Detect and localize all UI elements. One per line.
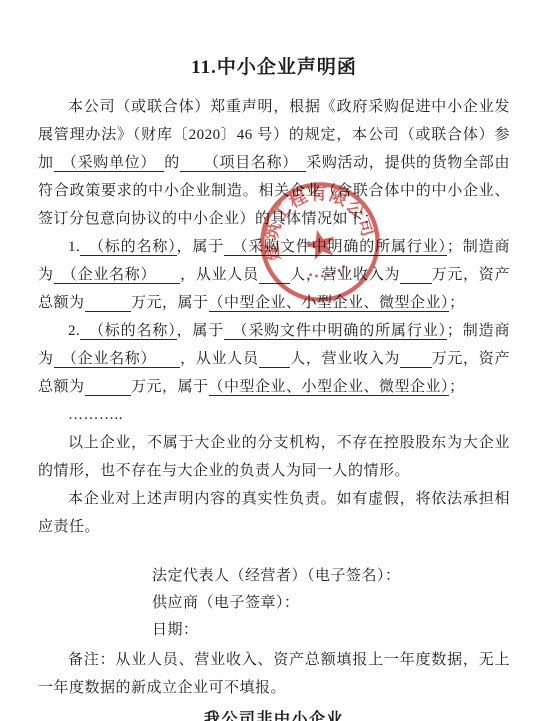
text-run: ； bbox=[449, 295, 465, 311]
paragraph-ellipsis: ……….. bbox=[38, 401, 510, 429]
paragraph-item-1: 1. （标的名称），属于 （采购文件中明确的所属行业）；制造商为 （企业名称） … bbox=[38, 233, 510, 317]
declaration-document-page: 11.中小企业声明函 本公司（或联合体）郑重声明，根据《政府采购促进中小企业发展… bbox=[0, 0, 547, 721]
fill-in-blank: （采购文件中明确的所属行业） bbox=[224, 323, 447, 340]
fill-in-blank bbox=[85, 295, 132, 312]
fill-in-blank bbox=[400, 267, 431, 284]
paragraph-note: 备注：从业人员、营业收入、资产总额填报上一年度数据，无上一年度数据的新成立企业可… bbox=[38, 646, 510, 702]
text-run: 万元，属于 bbox=[131, 295, 209, 311]
document-body: 本公司（或联合体）郑重声明，根据《政府采购促进中小企业发展管理办法》（财库〔20… bbox=[38, 93, 510, 541]
text-run: ，从业人员 bbox=[180, 267, 259, 283]
text-run: 的 bbox=[164, 155, 180, 171]
text-run: ，属于 bbox=[177, 239, 225, 255]
text-run: 以上企业，不属于大企业的分支机构，不存在控股股东为大企业的情形，也不存在与大企业… bbox=[38, 435, 510, 479]
text-run: 人，营业收入为 bbox=[290, 351, 400, 367]
signature-line-supplier: 供应商（电子签章）： bbox=[152, 590, 510, 617]
fill-in-blank: （企业名称） bbox=[54, 267, 180, 284]
fill-in-blank bbox=[259, 267, 290, 284]
fill-in-blank: （中型企业、小型企业、微型企业） bbox=[209, 295, 450, 312]
fill-in-blank bbox=[400, 351, 431, 368]
paragraph-item-2: 2. （标的名称），属于 （采购文件中明确的所属行业）；制造商为 （企业名称） … bbox=[38, 317, 510, 401]
fill-in-blank bbox=[85, 379, 132, 396]
signature-line-date: 日期： bbox=[152, 617, 510, 644]
paragraph-no-branch: 以上企业，不属于大企业的分支机构，不存在控股股东为大企业的情形，也不存在与大企业… bbox=[38, 429, 510, 485]
fill-in-blank: （企业名称） bbox=[54, 351, 180, 368]
text-run: ……….. bbox=[68, 407, 123, 423]
text-run: ，从业人员 bbox=[180, 351, 259, 367]
paragraph-intro: 本公司（或联合体）郑重声明，根据《政府采购促进中小企业发展管理办法》（财库〔20… bbox=[38, 93, 510, 233]
footer-statement: 我公司非中小企业 bbox=[38, 706, 510, 721]
fill-in-blank: （采购单位） bbox=[54, 155, 165, 172]
paragraph-responsibility: 本企业对上述声明内容的真实性负责。如有虚假，将依法承担相应责任。 bbox=[38, 485, 510, 541]
text-run: ； bbox=[449, 379, 465, 395]
text-run: 本企业对上述声明内容的真实性负责。如有虚假，将依法承担相应责任。 bbox=[38, 491, 510, 535]
signature-line-legal-representative: 法定代表人（经营者）（电子签名）： bbox=[152, 563, 510, 590]
fill-in-blank: （中型企业、小型企业、微型企业） bbox=[209, 379, 450, 396]
text-run: 2. bbox=[68, 323, 80, 339]
text-run: ，属于 bbox=[177, 323, 225, 339]
text-run: 人，营业收入为 bbox=[290, 267, 400, 283]
text-run: 1. bbox=[68, 239, 80, 255]
text-run: 备注：从业人员、营业收入、资产总额填报上一年度数据，无上一年度数据的新成立企业可… bbox=[38, 652, 510, 696]
note-area: 备注：从业人员、营业收入、资产总额填报上一年度数据，无上一年度数据的新成立企业可… bbox=[38, 646, 510, 702]
text-run: 万元，属于 bbox=[131, 379, 209, 395]
fill-in-blank: （标的名称） bbox=[80, 239, 176, 256]
fill-in-blank: （项目名称） bbox=[180, 155, 306, 172]
document-title: 11.中小企业声明函 bbox=[38, 52, 510, 79]
fill-in-blank bbox=[259, 351, 290, 368]
signature-block: 法定代表人（经营者）（电子签名）： 供应商（电子签章）： 日期： bbox=[152, 563, 510, 644]
fill-in-blank: （标的名称） bbox=[80, 323, 176, 340]
fill-in-blank: （采购文件中明确的所属行业） bbox=[224, 239, 447, 256]
